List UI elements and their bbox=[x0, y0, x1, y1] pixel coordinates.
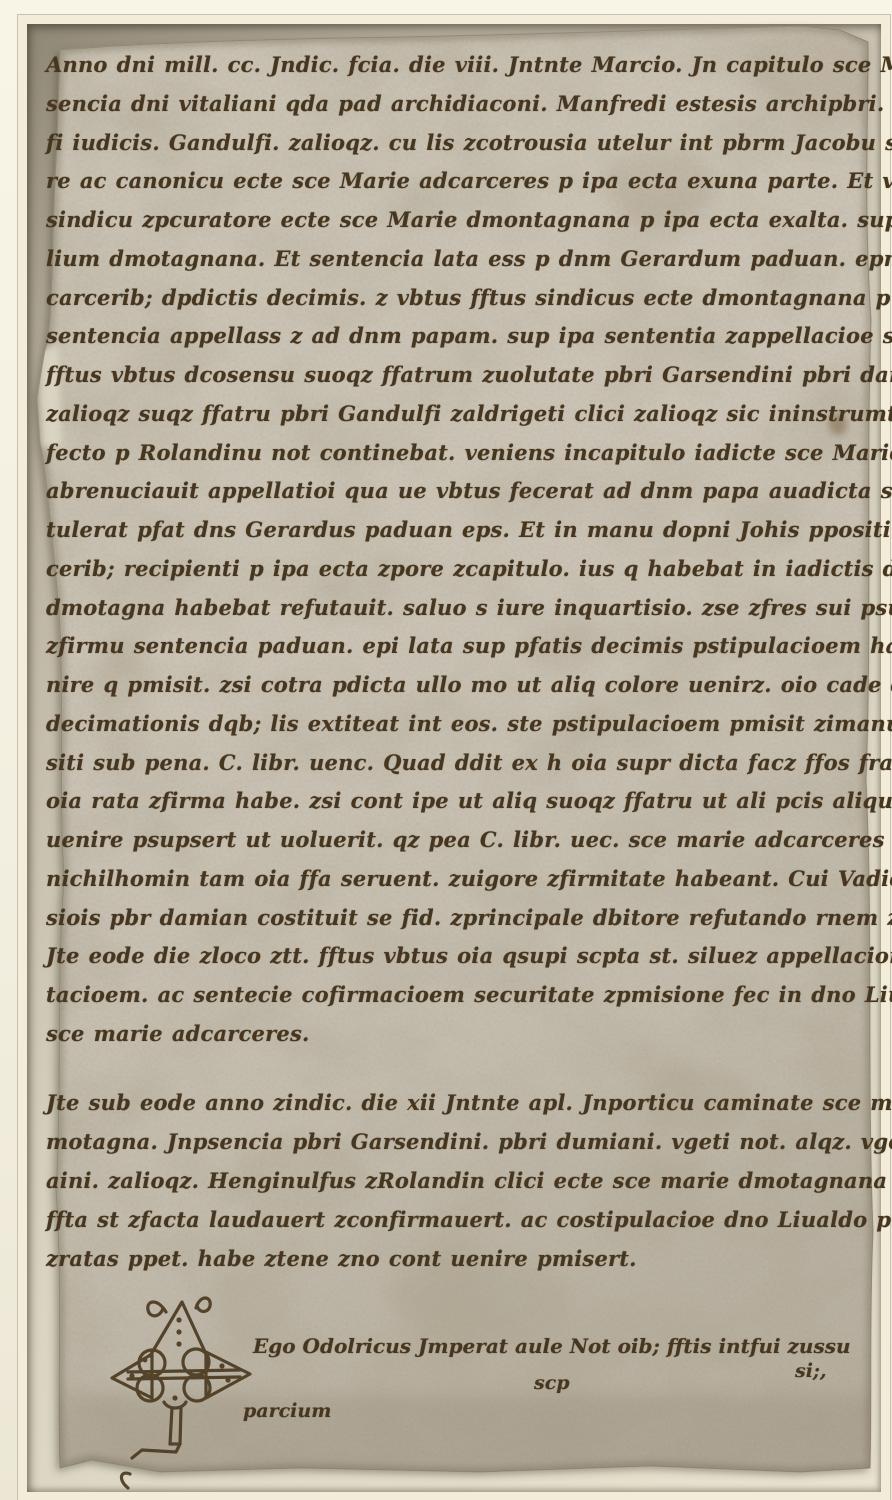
manuscript-line: zalioqz suqz ffatru pbri Gandulfi zaldri… bbox=[46, 397, 860, 433]
manuscript-line: uenire psupsert ut uoluerit. qz pea C. l… bbox=[46, 823, 860, 859]
photograph-of-charter: Anno dni mill. cc. Jndic. fcia. die viii… bbox=[0, 0, 892, 1500]
manuscript-line: lium dmotagnana. Et sentencia lata ess p… bbox=[46, 242, 860, 278]
manuscript-line: cerib; recipienti p ipa ecta zpore zcapi… bbox=[46, 552, 860, 588]
notary-frag-parcium: parcium bbox=[243, 1400, 331, 1422]
manuscript-line: Jte sub eode anno zindic. die xii Jntnte… bbox=[46, 1086, 860, 1122]
manuscript-line: Anno dni mill. cc. Jndic. fcia. die viii… bbox=[46, 48, 860, 84]
manuscript-line: aini. zalioqz. Henginulfus zRolandin cli… bbox=[46, 1164, 860, 1200]
manuscript-line: nichilhomin tam oia ffa seruent. zuigore… bbox=[46, 862, 860, 898]
manuscript-line: decimationis dqb; lis extiteat int eos. … bbox=[46, 707, 860, 743]
manuscript-line: zfirmu sentencia paduan. epi lata sup pf… bbox=[46, 629, 860, 665]
manuscript-line: sce marie adcarceres. bbox=[46, 1017, 309, 1053]
manuscript-line: sindicu zpcuratore ecte sce Marie dmonta… bbox=[46, 203, 860, 239]
manuscript-line: siois pbr damian costituit se fid. zprin… bbox=[46, 901, 860, 937]
manuscript-line: fecto p Rolandinu not continebat. venien… bbox=[46, 436, 860, 472]
notary-subscription-line: Ego Odolricus Jmperat aule Not oib; ffti… bbox=[253, 1330, 831, 1362]
manuscript-line: carcerib; dpdictis decimis. z vbtus fftu… bbox=[46, 281, 860, 317]
manuscript-line: nire q pmisit. zsi cotra pdicta ullo mo … bbox=[46, 668, 860, 704]
manuscript-line: tulerat pfat dns Gerardus paduan eps. Et… bbox=[46, 513, 860, 549]
notary-frag-scripsi: scp bbox=[534, 1372, 570, 1394]
manuscript-line: oia rata zfirma habe. zsi cont ipe ut al… bbox=[46, 784, 860, 820]
manuscript-line: sencia dni vitaliani qda pad archidiacon… bbox=[46, 87, 860, 123]
manuscript-line: abrenuciauit appellatioi qua ue vbtus fe… bbox=[46, 474, 860, 510]
manuscript-line: ffta st zfacta laudauert zconfirmauert. … bbox=[46, 1203, 860, 1239]
manuscript-line: re ac canonicu ecte sce Marie adcarceres… bbox=[46, 164, 860, 200]
manuscript-line: motagna. Jnpsencia pbri Garsendini. pbri… bbox=[46, 1125, 860, 1161]
manuscript-line: Jte eode die zloco ztt. fftus vbtus oia … bbox=[46, 939, 860, 975]
manuscript-line: sentencia appellass z ad dnm papam. sup … bbox=[46, 319, 860, 355]
manuscript-line: dmotagna habebat refutauit. saluo s iure… bbox=[46, 591, 860, 627]
manuscript-line: siti sub pena. C. libr. uenc. Quad ddit … bbox=[46, 746, 860, 782]
manuscript-line: zratas ppet. habe ztene zno cont uenire … bbox=[46, 1242, 637, 1278]
manuscript-line: fi iudicis. Gandulfi. zalioqz. cu lis zc… bbox=[46, 126, 860, 162]
notary-frag-si: si;, bbox=[795, 1360, 827, 1382]
manuscript-line: tacioem. ac sentecie cofirmacioem securi… bbox=[46, 978, 860, 1014]
manuscript-line: fftus vbtus dcosensu suoqz ffatrum zuolu… bbox=[46, 358, 860, 394]
